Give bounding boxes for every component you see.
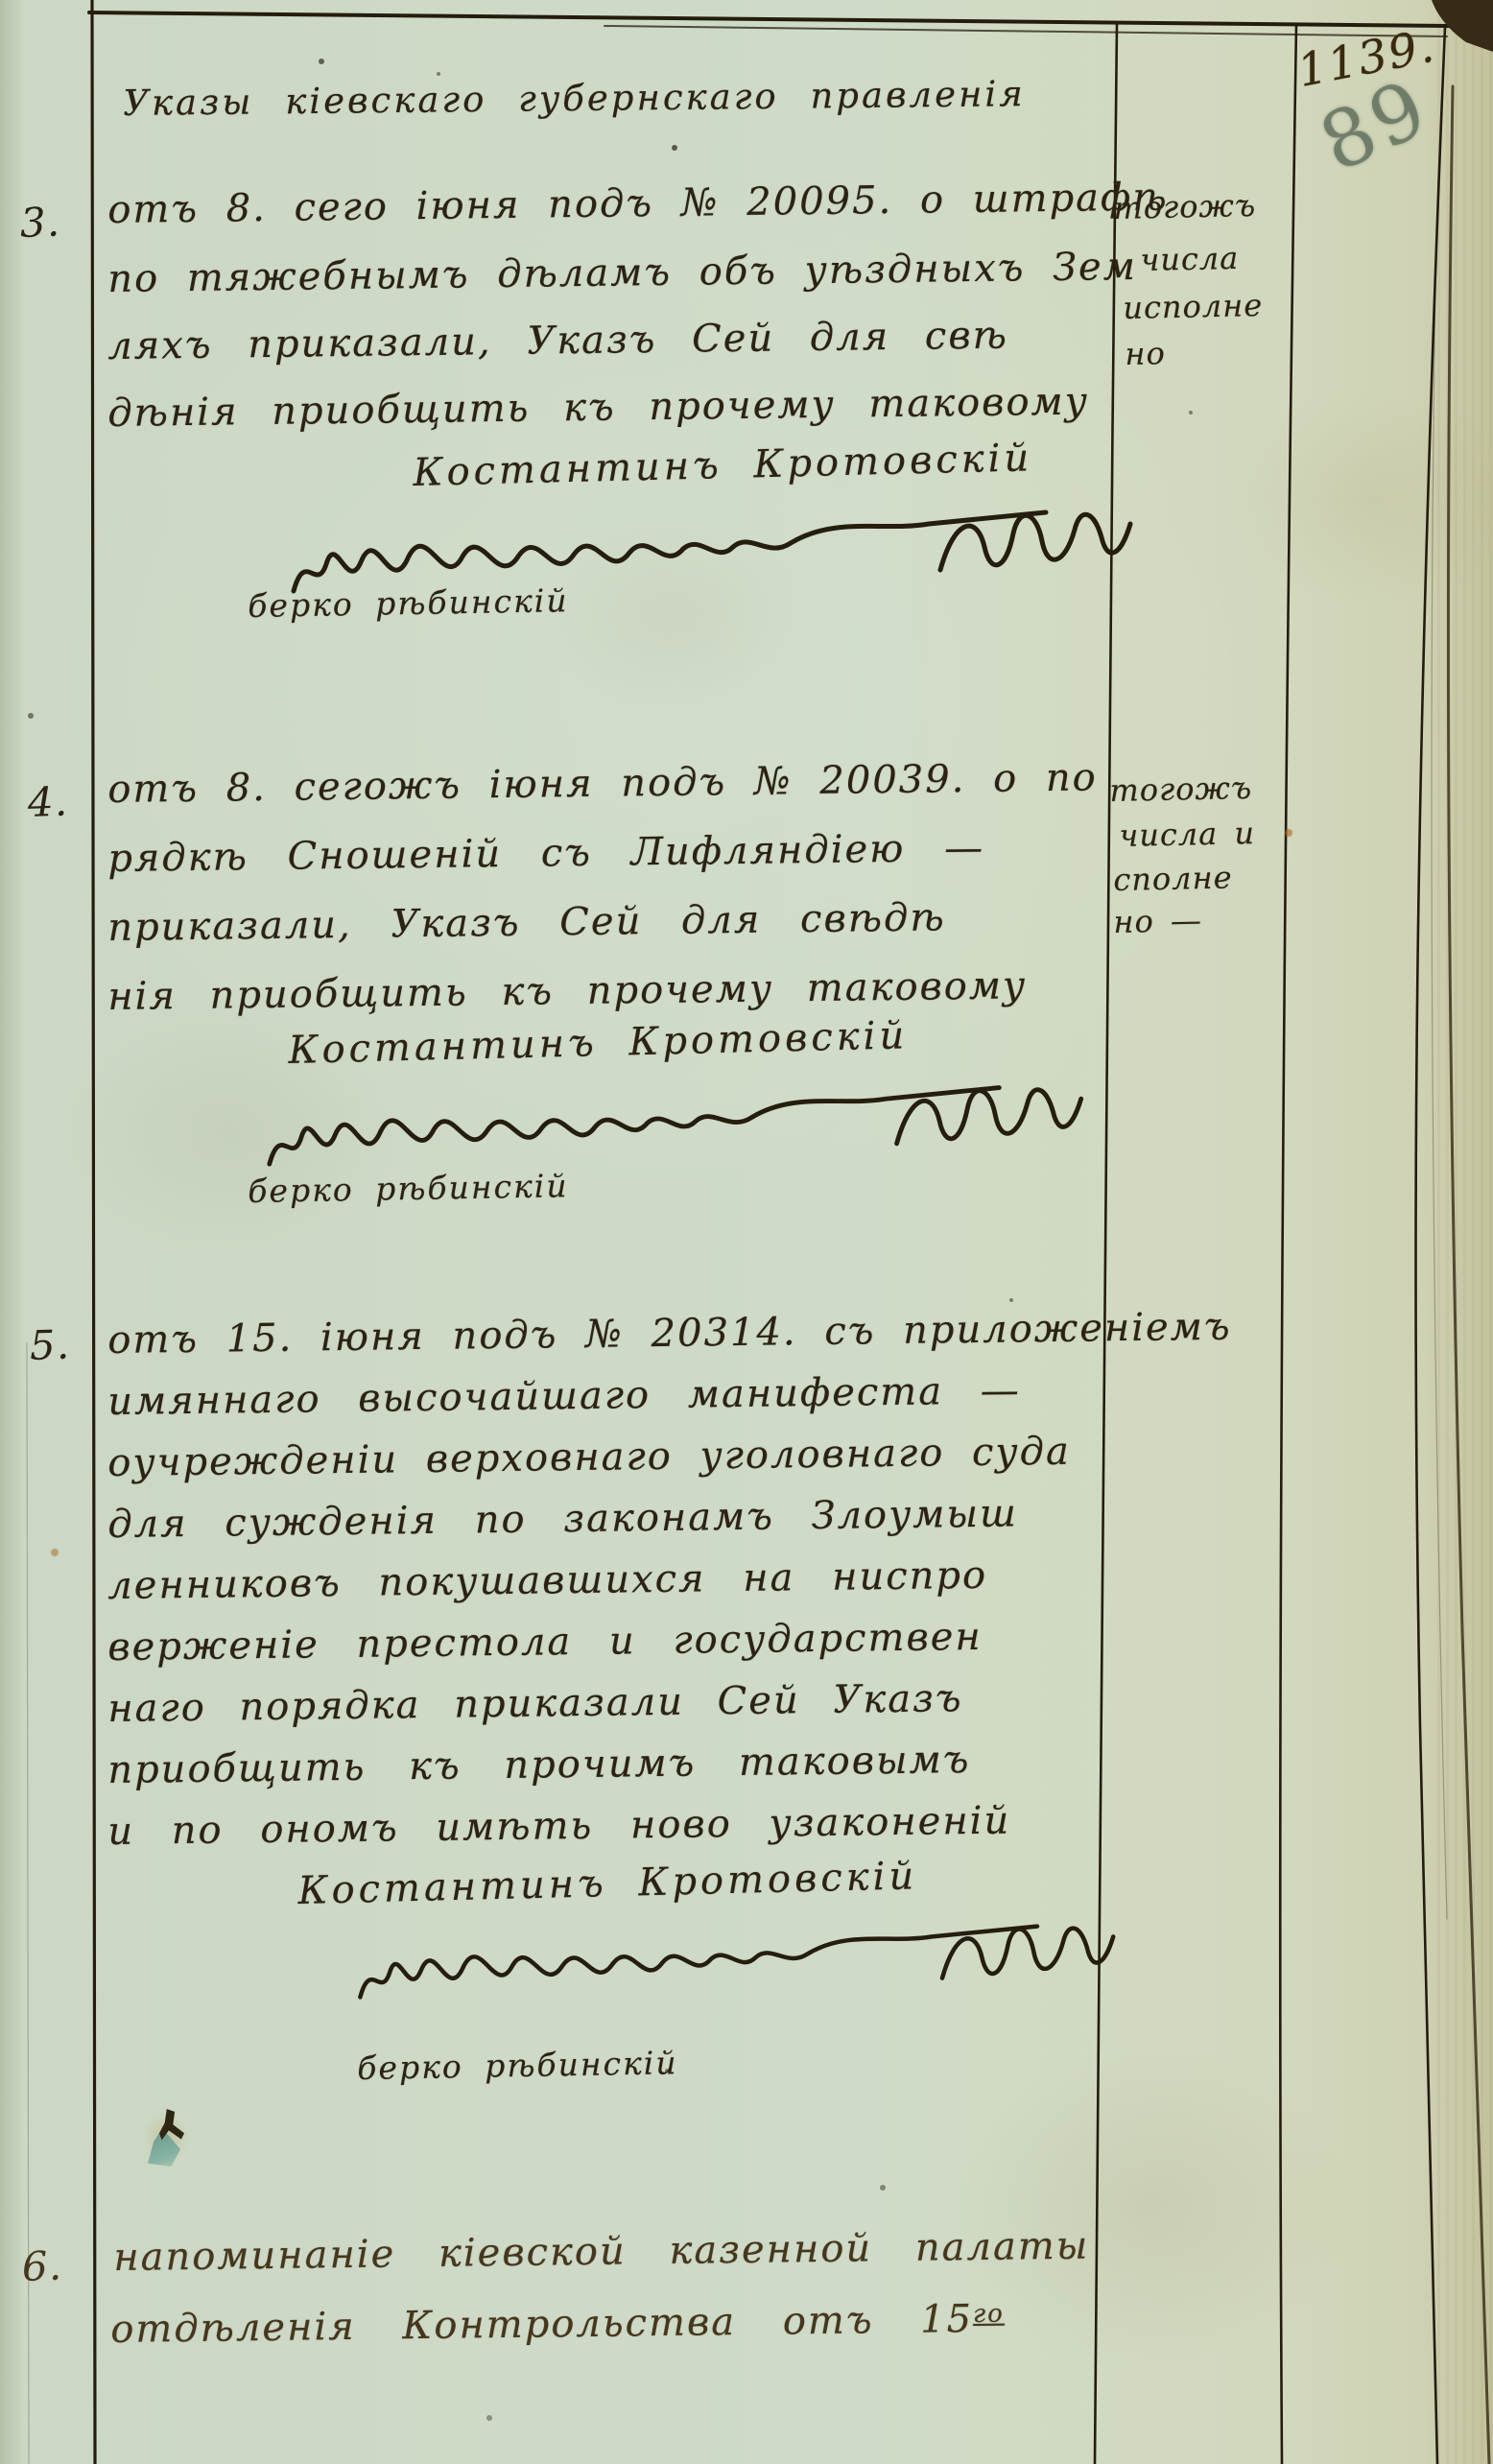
margin-note-line: но xyxy=(1125,335,1166,372)
superscript-suffix: го xyxy=(973,2300,1005,2329)
margin-note-line: но — xyxy=(1113,902,1202,940)
margin-note-line: сполне xyxy=(1113,859,1233,898)
clerk-signature: берко рѣбинскій xyxy=(248,581,569,625)
entry-line: имяннаго высочайшаго манифеста — xyxy=(107,1368,1021,1424)
page-corner-light-patch xyxy=(0,0,90,56)
signature-flourishes xyxy=(0,0,1493,2464)
top-border-second-line xyxy=(604,26,1447,36)
entry-line: приобщить къ прочимъ таковымъ xyxy=(107,1738,971,1792)
entry-line: отдѣленія Контрольства отъ 15го xyxy=(110,2297,1005,2352)
entry-line: отъ 8. сегожъ іюня подъ № 20039. о по xyxy=(107,755,1098,812)
entry-line: ленниковъ покушавшихся на ниспро xyxy=(107,1553,987,1608)
entry-line: рядкѣ Сношеній съ Лифляндіею — xyxy=(107,826,984,881)
entry-number: 6. xyxy=(21,2242,63,2290)
signature-name: Костантинъ Кротовскій xyxy=(297,1854,918,1913)
entry-line: отъ 8. сего іюня подъ № 20095. о штрафѣ xyxy=(107,175,1169,232)
margin-note-line: исполне xyxy=(1123,287,1264,326)
entry-line: по тяжебнымъ дѣламъ объ уѣздныхъ Зем xyxy=(107,245,1137,301)
entry-line: оучрежденіи верховнаго уголовнаго суда xyxy=(107,1430,1071,1485)
column-divider-main xyxy=(1095,24,1117,2464)
signature-flourish xyxy=(360,1927,1113,1998)
page-edge-streaks xyxy=(1437,0,1493,2464)
entry-number: 4. xyxy=(27,778,69,826)
archival-register-page: 1139. 89 Указы кіевскаго губернскаго пра… xyxy=(0,0,1493,2464)
clerk-signature: берко рѣбинскій xyxy=(357,2044,678,2087)
ink-specks xyxy=(0,0,4,4)
entry-line-text: отдѣленія Контрольства отъ 15 xyxy=(110,2297,973,2352)
signature-name: Костантинъ Кротовскій xyxy=(413,436,1033,495)
entry-line: и по ономъ имѣть ново узаконеній xyxy=(107,1799,1010,1854)
entry-line: верженіе престола и государствен xyxy=(107,1615,983,1670)
signature-flourish xyxy=(294,512,1130,591)
margin-note-line: тогожъ xyxy=(1109,770,1253,809)
left-margin-rule xyxy=(92,0,95,2464)
column-divider-folio xyxy=(1280,24,1296,2464)
entry-line: нія приобщить къ прочему таковому xyxy=(107,963,1028,1019)
paper-hole-defect xyxy=(142,2109,194,2170)
entry-line: приказали, Указъ Сей для свѣдѣ xyxy=(107,895,946,950)
entry-line: дѣнія приобщить къ прочему таковому xyxy=(107,380,1089,436)
entry-line: наго порядка приказали Сей Указъ xyxy=(107,1676,963,1731)
margin-note-line: числа xyxy=(1140,240,1240,278)
signature-flourish xyxy=(270,1088,1081,1165)
entry-line: отъ 15. іюня подъ № 20314. съ приложеніе… xyxy=(107,1305,1232,1362)
entry-line: напоминаніе кіевской казенной палаты xyxy=(113,2224,1090,2280)
clerk-signature: берко рѣбинскій xyxy=(248,1167,569,1210)
margin-note-line: числа и xyxy=(1119,815,1255,854)
entry-line: для сужденія по законамъ Злоумыш xyxy=(107,1491,1018,1547)
ruled-lines xyxy=(0,0,1493,2464)
register-header: Указы кіевскаго губернскаго правленія xyxy=(123,73,1026,124)
margin-note-line: тогожъ xyxy=(1113,187,1257,226)
top-border-line xyxy=(89,12,1449,26)
signature-name: Костантинъ Кротовскій xyxy=(288,1013,909,1073)
entry-number: 3. xyxy=(19,199,61,247)
entry-line: ляхъ приказали, Указъ Сей для свѣ xyxy=(107,314,1008,368)
left-paper-crease xyxy=(27,1343,29,2464)
entry-number: 5. xyxy=(29,1321,71,1369)
